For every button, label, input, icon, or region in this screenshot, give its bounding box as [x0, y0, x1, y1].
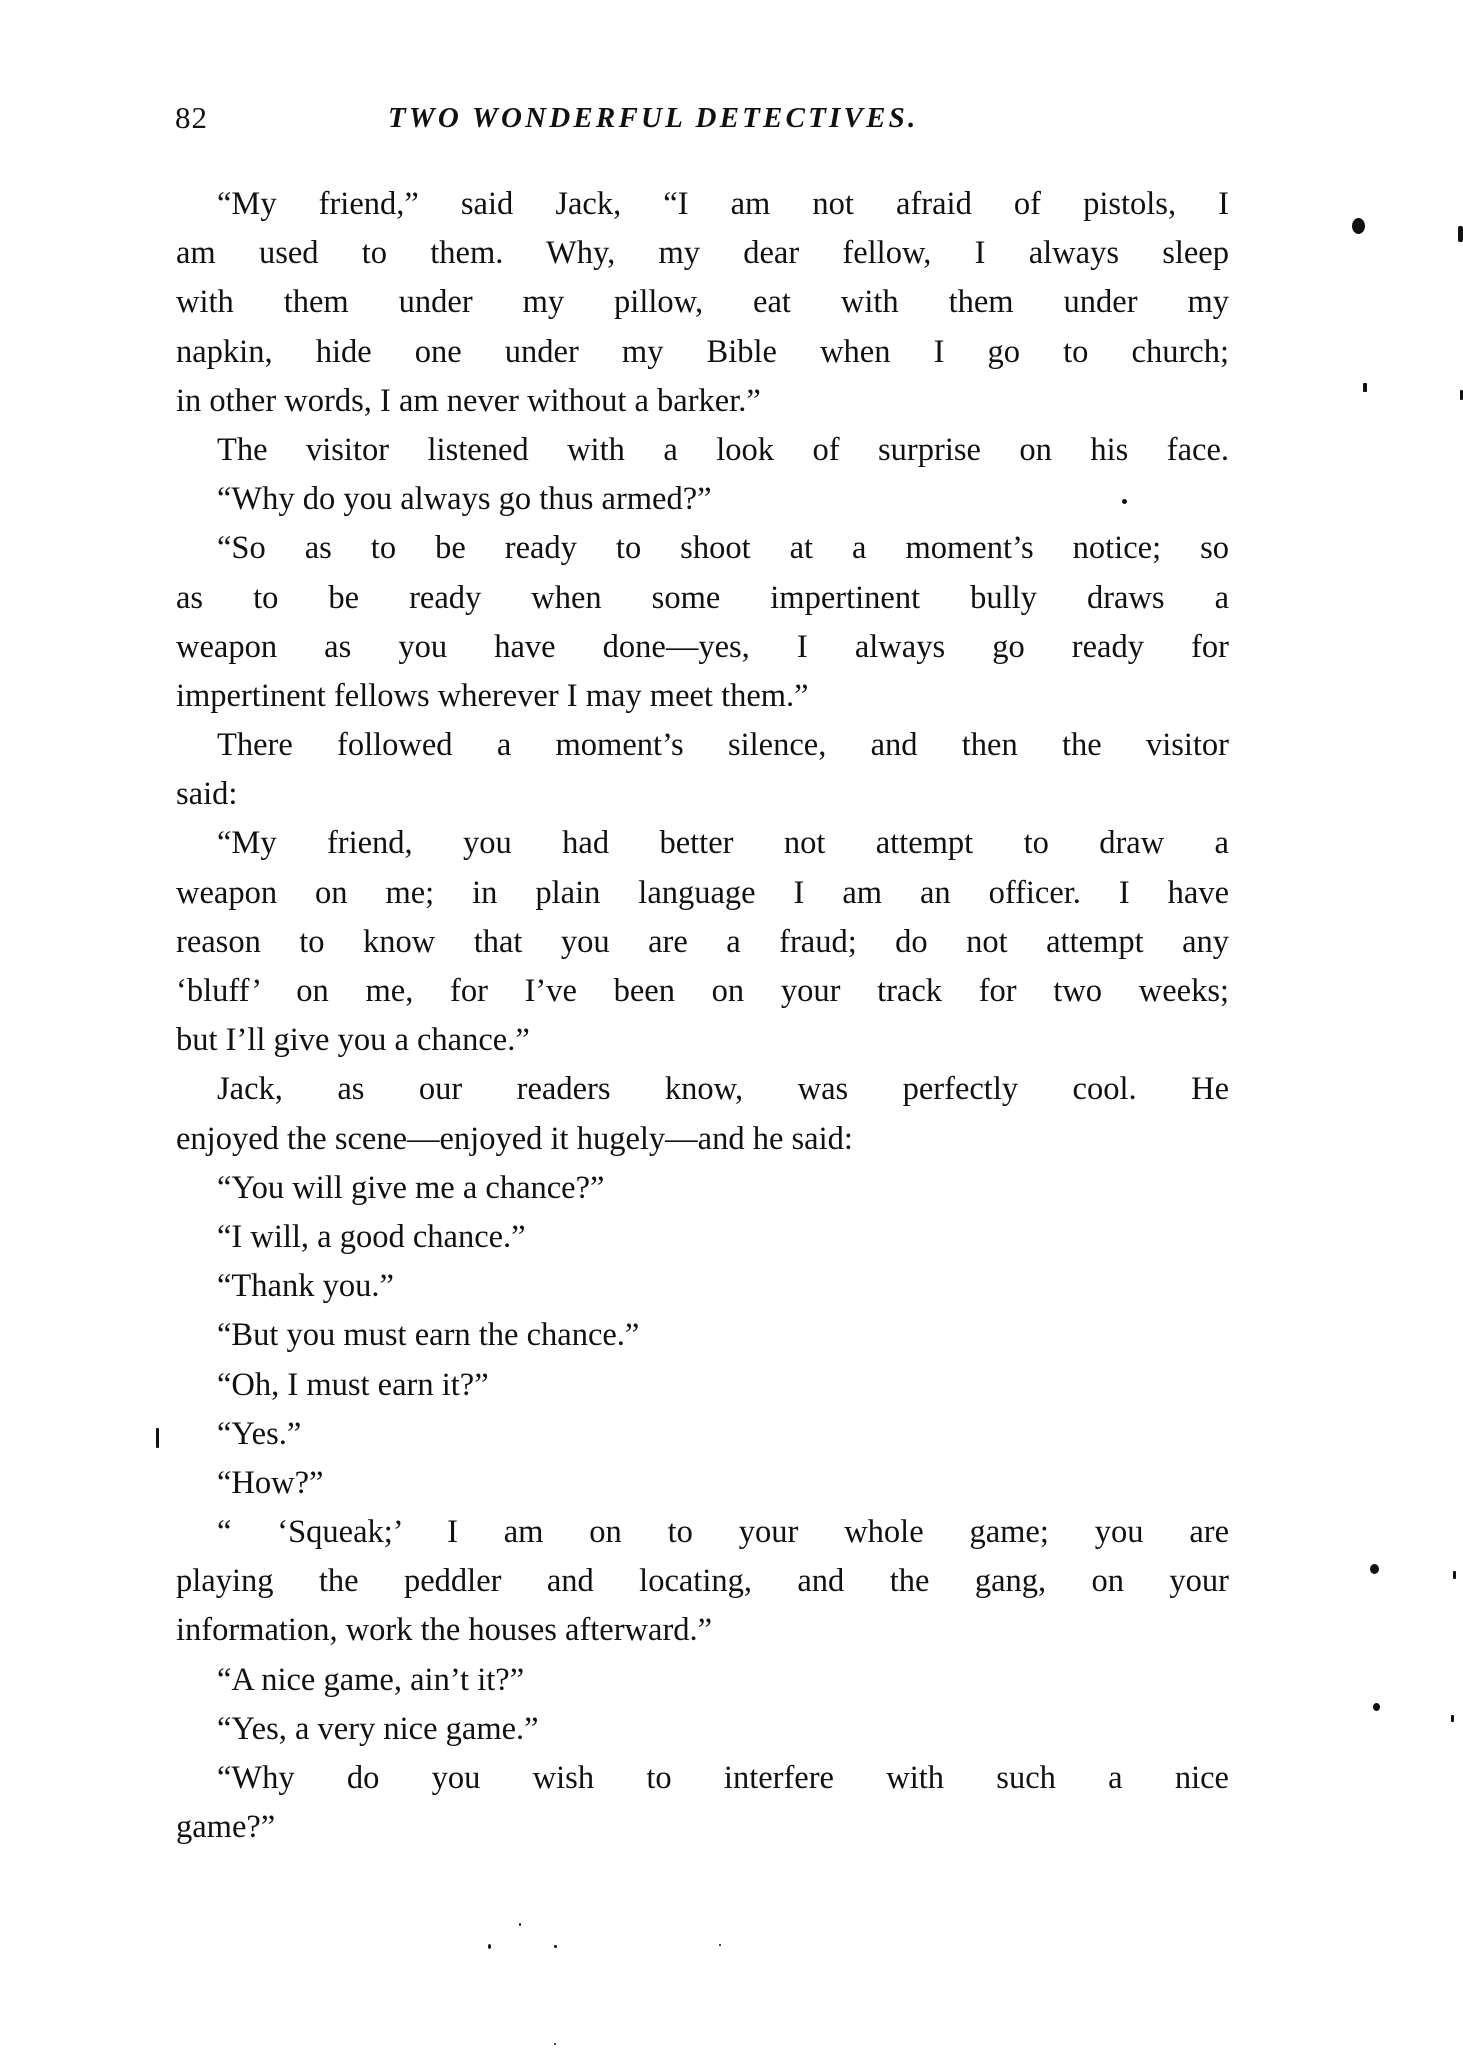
text-line: game?”: [176, 1803, 1229, 1852]
text-line: ‘bluff’ on me, for I’ve been on your tra…: [176, 967, 1229, 1016]
ink-blot: [1352, 218, 1365, 234]
running-head: 82 TWO WONDERFUL DETECTIVES.: [175, 98, 1230, 138]
text-line: “You will give me a chance?”: [176, 1164, 1229, 1213]
text-line: “Why do you always go thus armed?”: [176, 475, 1229, 524]
text-line: weapon on me; in plain language I am an …: [176, 869, 1229, 918]
ink-blot: [156, 1428, 159, 1448]
ink-blot: [1122, 499, 1127, 504]
text-line: “Yes.”: [176, 1410, 1229, 1459]
text-line: weapon as you have done—yes, I always go…: [176, 623, 1229, 672]
ink-blot: [1363, 383, 1367, 392]
text-line: in other words, I am never without a bar…: [176, 377, 1229, 426]
text-line: reason to know that you are a fraud; do …: [176, 918, 1229, 967]
text-line: “I will, a good chance.”: [176, 1213, 1229, 1262]
text-line: information, work the houses afterward.”: [176, 1606, 1229, 1655]
running-title: TWO WONDERFUL DETECTIVES.: [388, 98, 918, 138]
ink-blot: [1451, 1715, 1454, 1722]
body-text: “My friend,” said Jack, “I am not afraid…: [176, 180, 1229, 1852]
text-line: with them under my pillow, eat with them…: [176, 278, 1229, 327]
ink-blot: [519, 1923, 521, 1926]
text-line: “How?”: [176, 1459, 1229, 1508]
ink-blot: [1370, 1564, 1379, 1574]
text-line: “Oh, I must earn it?”: [176, 1361, 1229, 1410]
text-line: napkin, hide one under my Bible when I g…: [176, 328, 1229, 377]
page-number: 82: [175, 98, 208, 138]
ink-blot: [554, 2043, 556, 2045]
text-line: “A nice game, ain’t it?”: [176, 1656, 1229, 1705]
text-line: “Thank you.”: [176, 1262, 1229, 1311]
text-line: “So as to be ready to shoot at a moment’…: [176, 524, 1229, 573]
ink-blot: [488, 1944, 491, 1949]
text-line: There followed a moment’s silence, and t…: [176, 721, 1229, 770]
ink-blot: [554, 1945, 557, 1948]
text-line: am used to them. Why, my dear fellow, I …: [176, 229, 1229, 278]
text-line: said:: [176, 770, 1229, 819]
text-line: “My friend,” said Jack, “I am not afraid…: [176, 180, 1229, 229]
text-line: “My friend, you had better not attempt t…: [176, 819, 1229, 868]
text-line: Jack, as our readers know, was perfectly…: [176, 1065, 1229, 1114]
text-line: playing the peddler and locating, and th…: [176, 1557, 1229, 1606]
ink-blot: [1453, 1571, 1456, 1579]
ink-blot: [719, 1944, 721, 1946]
text-line: enjoyed the scene—enjoyed it hugely—and …: [176, 1115, 1229, 1164]
text-line: The visitor listened with a look of surp…: [176, 426, 1229, 475]
text-line: as to be ready when some impertinent bul…: [176, 574, 1229, 623]
text-line: “Yes, a very nice game.”: [176, 1705, 1229, 1754]
text-line: but I’ll give you a chance.”: [176, 1016, 1229, 1065]
ink-blot: [1458, 226, 1463, 242]
text-line: “ ‘Squeak;’ I am on to your whole game; …: [176, 1508, 1229, 1557]
text-line: “But you must earn the chance.”: [176, 1311, 1229, 1360]
text-line: impertinent fellows wherever I may meet …: [176, 672, 1229, 721]
ink-blot: [1373, 1703, 1380, 1711]
text-line: “Why do you wish to interfere with such …: [176, 1754, 1229, 1803]
book-page: 82 TWO WONDERFUL DETECTIVES. “My friend,…: [0, 0, 1463, 2061]
